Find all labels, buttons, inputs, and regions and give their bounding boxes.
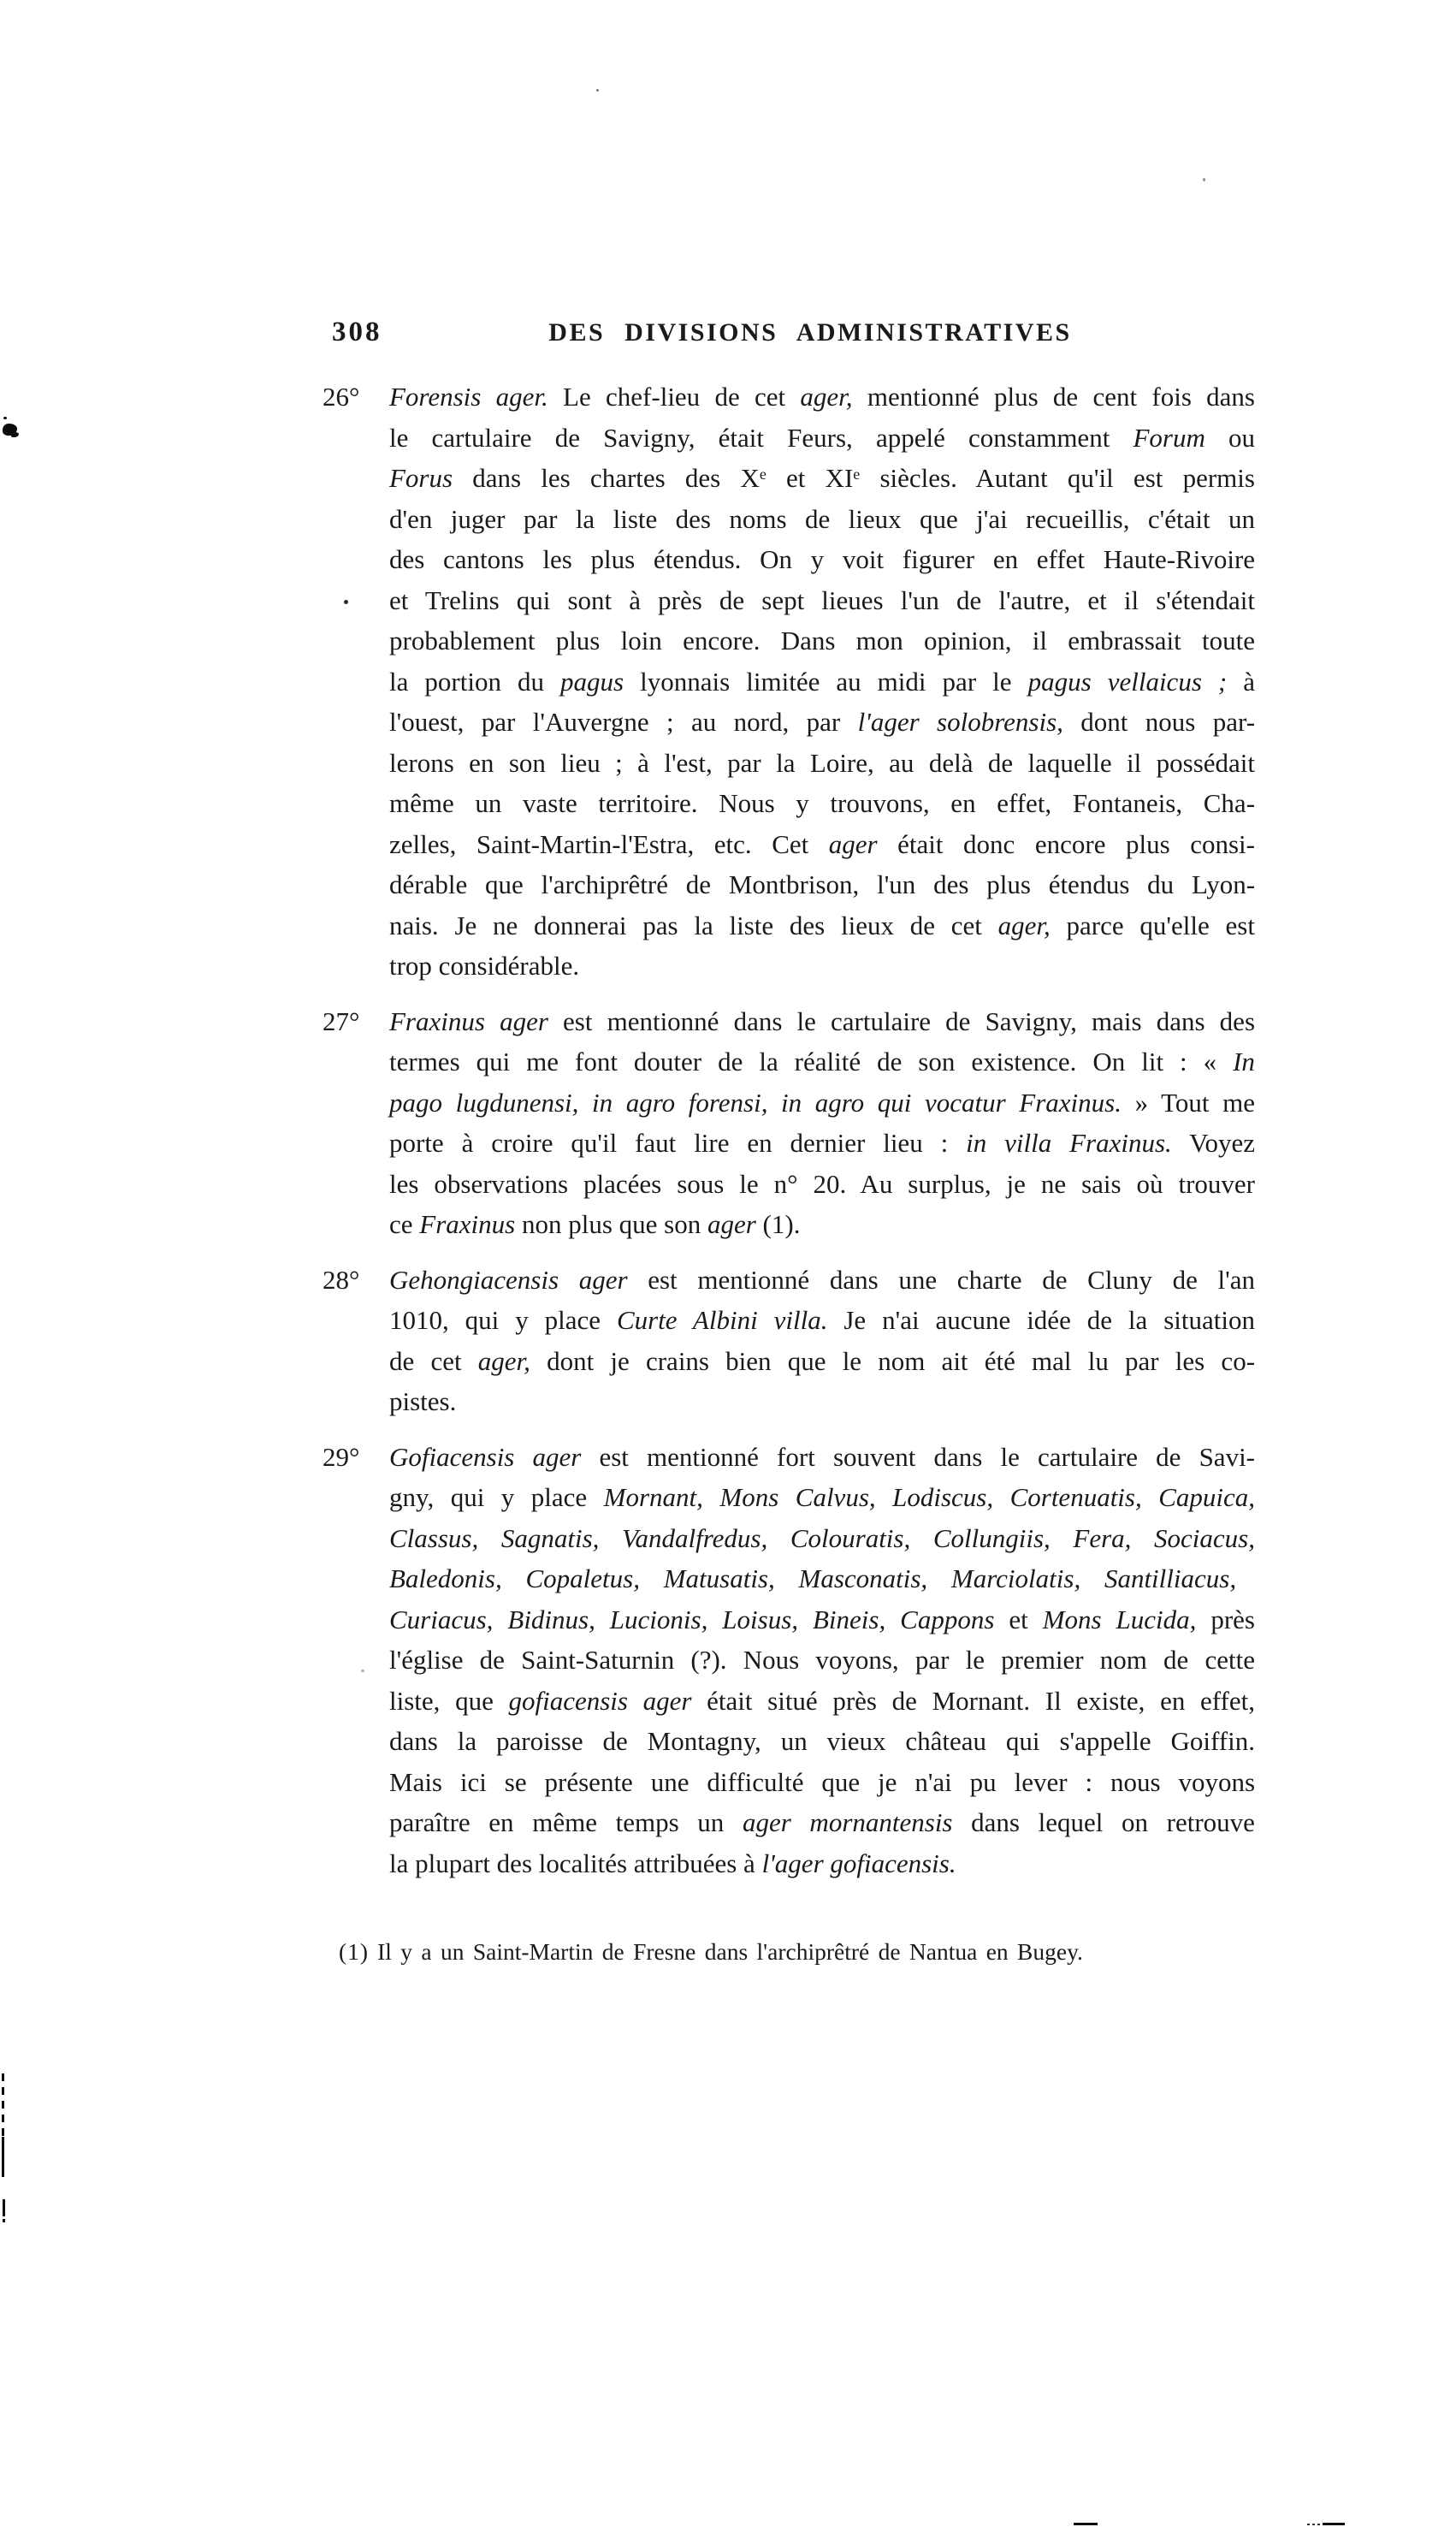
left-margin-short-dash-artifact bbox=[3, 2199, 5, 2216]
text-line-content: des cantons les plus étendus. On y voit … bbox=[389, 544, 1255, 574]
text-line: Fraxinus ager est mentionné dans le cart… bbox=[389, 1001, 1255, 1042]
text-line: Gehongiacensis ager est mentionné dans u… bbox=[389, 1260, 1255, 1301]
book-page: 308 DES DIVISIONS ADMINISTRATIVES 26°For… bbox=[0, 0, 1456, 2527]
italic-segment: Forensis ager. bbox=[389, 382, 548, 412]
text-line-content: Gehongiacensis ager est mentionné dans u… bbox=[389, 1265, 1255, 1295]
text-segment: des cantons les plus étendus. On y voit … bbox=[389, 544, 1255, 574]
paragraph: 29°Gofiacensis ager est mentionné fort s… bbox=[389, 1437, 1255, 1884]
text-segment: l'église de Saint-Saturnin (?). Nous voy… bbox=[389, 1645, 1255, 1675]
paragraph-number: 29° bbox=[323, 1437, 384, 1478]
italic-segment: Mons Lucida, bbox=[1043, 1605, 1197, 1634]
text-segment: ce bbox=[389, 1209, 419, 1239]
text-segment: porte à croire qu'il faut lire en dernie… bbox=[389, 1128, 966, 1158]
text-line-content: porte à croire qu'il faut lire en dernie… bbox=[389, 1128, 1255, 1158]
text-line: Mais ici se présente une difficulté que … bbox=[389, 1762, 1255, 1803]
text-line-content: paraître en même temps un ager mornanten… bbox=[389, 1807, 1255, 1837]
text-segment: dérable que l'archiprêtré de Montbrison,… bbox=[389, 869, 1255, 899]
left-margin-solid-line-artifact bbox=[2, 2137, 4, 2177]
text-line-content: pistes. bbox=[389, 1386, 456, 1416]
text-segment: de cet bbox=[389, 1346, 478, 1376]
paragraph-number: 26° bbox=[323, 377, 384, 418]
text-line-content: les observations placées sous le n° 20. … bbox=[389, 1169, 1255, 1199]
italic-segment: Fraxinus bbox=[419, 1209, 515, 1239]
text-line-content: dans la paroisse de Montagny, un vieux c… bbox=[389, 1726, 1255, 1756]
text-segment: était situé près de Mornant. Il existe, … bbox=[691, 1686, 1254, 1716]
text-segment: à bbox=[1227, 667, 1255, 697]
footnote: (1)Il y a un Saint-Martin de Fresne dans… bbox=[339, 1937, 1280, 1966]
text-segment: nais. Je ne donnerai pas la liste des li… bbox=[389, 911, 998, 940]
text-line-content: liste, que gofiacensis ager était situé … bbox=[389, 1686, 1255, 1716]
italic-segment: in villa Fraxinus. bbox=[966, 1128, 1172, 1158]
text-segment: (1). bbox=[756, 1209, 801, 1239]
text-segment: est mentionné dans une charte de Cluny d… bbox=[628, 1265, 1255, 1295]
text-segment: près bbox=[1196, 1605, 1255, 1634]
text-segment: dans la paroisse de Montagny, un vieux c… bbox=[389, 1726, 1255, 1756]
text-line: termes qui me font douter de la réalité … bbox=[389, 1041, 1255, 1083]
bottom-dots-artifact bbox=[1307, 2524, 1321, 2525]
text-segment: gny, qui y place bbox=[389, 1482, 604, 1512]
italic-segment: Fraxinus ager bbox=[389, 1006, 548, 1036]
bottom-rule-artifact-left bbox=[1074, 2523, 1098, 2525]
text-segment: trop considérable. bbox=[389, 951, 579, 981]
text-line-content: Mais ici se présente une difficulté que … bbox=[389, 1767, 1255, 1797]
text-line: lerons en son lieu ; à l'est, par la Loi… bbox=[389, 743, 1255, 784]
text-segment: dans lequel on retrouve bbox=[953, 1807, 1255, 1837]
text-line: nais. Je ne donnerai pas la liste des li… bbox=[389, 905, 1255, 946]
text-line-content: Classus, Sagnatis, Vandalfredus, Coloura… bbox=[389, 1523, 1255, 1553]
text-line: Baledonis, Copaletus, Matusatis, Mascona… bbox=[389, 1558, 1255, 1599]
text-segment: 1010, qui y place bbox=[389, 1305, 617, 1335]
text-line: paraître en même temps un ager mornanten… bbox=[389, 1802, 1255, 1843]
text-line-content: gny, qui y place Mornant, Mons Calvus, L… bbox=[389, 1482, 1255, 1512]
italic-segment: Mornant, Mons Calvus, Lodiscus, Cortenua… bbox=[604, 1482, 1255, 1512]
text-line-content: zelles, Saint-Martin-l'Estra, etc. Cet a… bbox=[389, 829, 1255, 859]
text-line: 1010, qui y place Curte Albini villa. Je… bbox=[389, 1300, 1255, 1341]
text-line: Gofiacensis ager est mentionné fort souv… bbox=[389, 1437, 1255, 1478]
text-line: pistes. bbox=[389, 1381, 1255, 1422]
text-line: de cet ager, dont je crains bien que le … bbox=[389, 1341, 1255, 1382]
text-line: zelles, Saint-Martin-l'Estra, etc. Cet a… bbox=[389, 824, 1255, 865]
text-line: les observations placées sous le n° 20. … bbox=[389, 1164, 1255, 1205]
paragraph: 26°Forensis ager. Le chef-lieu de cet ag… bbox=[389, 377, 1255, 987]
paragraph: 27°Fraxinus ager est mentionné dans le c… bbox=[389, 1001, 1255, 1245]
text-line: dérable que l'archiprêtré de Montbrison,… bbox=[389, 864, 1255, 905]
text-line: liste, que gofiacensis ager était situé … bbox=[389, 1681, 1255, 1722]
text-line-content: Fraxinus ager est mentionné dans le cart… bbox=[389, 1006, 1255, 1036]
text-line: et Trelins qui sont à près de sept lieue… bbox=[389, 580, 1255, 621]
italic-segment: ager, bbox=[800, 382, 852, 412]
text-segment: parce qu'elle est bbox=[1051, 911, 1255, 940]
text-segment: les observations placées sous le n° 20. … bbox=[389, 1169, 1255, 1199]
text-line-content: la plupart des localités attribuées à l'… bbox=[389, 1848, 956, 1878]
scan-speck bbox=[596, 89, 599, 92]
text-line-content: probablement plus loin encore. Dans mon … bbox=[389, 626, 1255, 655]
text-line-content: nais. Je ne donnerai pas la liste des li… bbox=[389, 911, 1255, 940]
italic-segment: pago lugdunensi, in agro forensi, in agr… bbox=[389, 1088, 1122, 1118]
text-line-content: de cet ager, dont je crains bien que le … bbox=[389, 1346, 1255, 1376]
italic-segment: ager bbox=[707, 1209, 756, 1239]
italic-segment: Gofiacensis ager bbox=[389, 1442, 581, 1472]
page-header: 308 DES DIVISIONS ADMINISTRATIVES bbox=[0, 315, 1456, 353]
text-segment: la portion du bbox=[389, 667, 560, 697]
paragraph-number: 27° bbox=[323, 1001, 384, 1042]
italic-segment: Baledonis, Copaletus, Matusatis, Mascona… bbox=[389, 1563, 1236, 1593]
text-segment: Le chef-lieu de cet bbox=[548, 382, 801, 412]
text-line-content: Forus dans les chartes des Xe et XIe siè… bbox=[389, 463, 1255, 493]
text-line: Curiacus, Bidinus, Lucionis, Loisus, Bin… bbox=[389, 1599, 1255, 1640]
italic-segment: Forus bbox=[389, 463, 453, 493]
italic-segment: ager mornantensis bbox=[743, 1807, 953, 1837]
text-segment: ou bbox=[1205, 423, 1255, 453]
text-segment: liste, que bbox=[389, 1686, 509, 1716]
page-number: 308 bbox=[332, 317, 382, 348]
paragraph-number: 28° bbox=[323, 1260, 384, 1301]
text-line: la plupart des localités attribuées à l'… bbox=[389, 1843, 1255, 1884]
text-line-content: la portion du pagus lyonnais limitée au … bbox=[389, 667, 1255, 697]
text-segment: siècles. Autant qu'il est permis bbox=[860, 463, 1255, 493]
running-title: DES DIVISIONS ADMINISTRATIVES bbox=[548, 318, 1071, 347]
bottom-rule-artifact-right bbox=[1323, 2523, 1345, 2525]
text-segment: est mentionné dans le cartulaire de Savi… bbox=[548, 1006, 1255, 1036]
italic-segment: pagus vellaicus ; bbox=[1028, 667, 1228, 697]
text-block: 26°Forensis ager. Le chef-lieu de cet ag… bbox=[389, 377, 1255, 1883]
text-line: ce Fraxinus non plus que son ager (1). bbox=[389, 1204, 1255, 1245]
text-segment: dans les chartes des X bbox=[453, 463, 760, 493]
text-line-content: trop considérable. bbox=[389, 951, 579, 981]
text-line: la portion du pagus lyonnais limitée au … bbox=[389, 661, 1255, 703]
text-line: l'église de Saint-Saturnin (?). Nous voy… bbox=[389, 1640, 1255, 1681]
italic-segment: pagus bbox=[560, 667, 624, 697]
text-segment: paraître en même temps un bbox=[389, 1807, 743, 1837]
italic-segment: In bbox=[1233, 1047, 1255, 1077]
text-line: Classus, Sagnatis, Vandalfredus, Coloura… bbox=[389, 1518, 1255, 1559]
footnote-marker: (1) bbox=[339, 1938, 369, 1965]
text-line-content: l'ouest, par l'Auvergne ; au nord, par l… bbox=[389, 707, 1255, 737]
scan-speck bbox=[1203, 178, 1205, 181]
ink-blot-artifact bbox=[3, 424, 17, 436]
italic-segment: Gehongiacensis ager bbox=[389, 1265, 628, 1295]
text-segment: est mentionné fort souvent dans le cartu… bbox=[581, 1442, 1255, 1472]
text-segment: mentionné plus de cent fois dans bbox=[853, 382, 1255, 412]
text-line-content: et Trelins qui sont à près de sept lieue… bbox=[389, 585, 1255, 615]
text-line-content: 1010, qui y place Curte Albini villa. Je… bbox=[389, 1305, 1255, 1335]
italic-segment: gofiacensis ager bbox=[509, 1686, 692, 1716]
ink-dot-artifact bbox=[3, 417, 7, 419]
text-segment: Mais ici se présente une difficulté que … bbox=[389, 1767, 1255, 1797]
text-line: pago lugdunensi, in agro forensi, in agr… bbox=[389, 1083, 1255, 1124]
text-segment: dont je crains bien que le nom ait été m… bbox=[530, 1346, 1255, 1376]
text-line-content: ce Fraxinus non plus que son ager (1). bbox=[389, 1209, 800, 1239]
italic-segment: Classus, Sagnatis, Vandalfredus, Coloura… bbox=[389, 1523, 1255, 1553]
italic-segment: ager, bbox=[478, 1346, 530, 1376]
text-line: Forus dans les chartes des Xe et XIe siè… bbox=[389, 458, 1255, 499]
text-segment: termes qui me font douter de la réalité … bbox=[389, 1047, 1233, 1077]
text-line: porte à croire qu'il faut lire en dernie… bbox=[389, 1123, 1255, 1164]
text-segment: et XI bbox=[766, 463, 853, 493]
paragraph: 28°Gehongiacensis ager est mentionné dan… bbox=[389, 1260, 1255, 1422]
text-line-content: pago lugdunensi, in agro forensi, in agr… bbox=[389, 1088, 1255, 1118]
text-segment: et Trelins qui sont à près de sept lieue… bbox=[389, 585, 1255, 615]
text-segment: l'ouest, par l'Auvergne ; au nord, par bbox=[389, 707, 858, 737]
text-line-content: Baledonis, Copaletus, Matusatis, Mascona… bbox=[389, 1563, 1236, 1593]
text-segment: » Tout me bbox=[1122, 1088, 1255, 1118]
scan-speck bbox=[344, 600, 348, 604]
text-segment: était donc encore plus consi- bbox=[878, 829, 1255, 859]
text-segment: Voyez bbox=[1172, 1128, 1255, 1158]
left-margin-dashed-line-artifact bbox=[2, 2073, 4, 2138]
text-segment: lerons en son lieu ; à l'est, par la Loi… bbox=[389, 748, 1255, 778]
italic-segment: ager, bbox=[998, 911, 1051, 940]
text-segment: probablement plus loin encore. Dans mon … bbox=[389, 626, 1255, 655]
footnote-text: Il y a un Saint-Martin de Fresne dans l'… bbox=[377, 1938, 1083, 1965]
italic-segment: l'ager gofiacensis. bbox=[762, 1848, 956, 1878]
text-segment: même un vaste territoire. Nous y trouvon… bbox=[389, 788, 1255, 818]
text-segment: dont nous par- bbox=[1063, 707, 1255, 737]
superscript-segment: e bbox=[760, 466, 766, 483]
text-line-content: d'en juger par la liste des noms de lieu… bbox=[389, 504, 1255, 534]
text-line: gny, qui y place Mornant, Mons Calvus, L… bbox=[389, 1477, 1255, 1518]
text-line: Forensis ager. Le chef-lieu de cet ager,… bbox=[389, 377, 1255, 418]
text-line-content: même un vaste territoire. Nous y trouvon… bbox=[389, 788, 1255, 818]
text-line-content: Gofiacensis ager est mentionné fort souv… bbox=[389, 1442, 1255, 1472]
scan-speck bbox=[361, 1670, 364, 1672]
text-line: le cartulaire de Savigny, était Feurs, a… bbox=[389, 418, 1255, 459]
text-line-content: lerons en son lieu ; à l'est, par la Loi… bbox=[389, 748, 1255, 778]
text-line: même un vaste territoire. Nous y trouvon… bbox=[389, 783, 1255, 824]
text-segment: zelles, Saint-Martin-l'Estra, etc. Cet bbox=[389, 829, 829, 859]
text-segment: non plus que son bbox=[515, 1209, 707, 1239]
text-segment: lyonnais limitée au midi par le bbox=[624, 667, 1027, 697]
text-line-content: Forensis ager. Le chef-lieu de cet ager,… bbox=[389, 382, 1255, 412]
text-segment: la plupart des localités attribuées à bbox=[389, 1848, 762, 1878]
text-line-content: Curiacus, Bidinus, Lucionis, Loisus, Bin… bbox=[389, 1605, 1255, 1634]
text-line: probablement plus loin encore. Dans mon … bbox=[389, 620, 1255, 661]
italic-segment: Curiacus, Bidinus, Lucionis, Loisus, Bin… bbox=[389, 1605, 994, 1634]
text-line-content: l'église de Saint-Saturnin (?). Nous voy… bbox=[389, 1645, 1255, 1675]
text-line-content: termes qui me font douter de la réalité … bbox=[389, 1047, 1255, 1077]
text-segment: d'en juger par la liste des noms de lieu… bbox=[389, 504, 1255, 534]
left-margin-dot-artifact bbox=[3, 2219, 5, 2222]
text-segment: Je n'ai aucune idée de la situation bbox=[827, 1305, 1255, 1335]
text-line: l'ouest, par l'Auvergne ; au nord, par l… bbox=[389, 702, 1255, 743]
text-segment: et bbox=[994, 1605, 1042, 1634]
text-segment: pistes. bbox=[389, 1386, 456, 1416]
text-segment: le cartulaire de Savigny, était Feurs, a… bbox=[389, 423, 1133, 453]
text-line: dans la paroisse de Montagny, un vieux c… bbox=[389, 1721, 1255, 1762]
text-line: trop considérable. bbox=[389, 946, 1255, 987]
text-line-content: le cartulaire de Savigny, était Feurs, a… bbox=[389, 423, 1255, 453]
text-line: des cantons les plus étendus. On y voit … bbox=[389, 539, 1255, 580]
italic-segment: Forum bbox=[1133, 423, 1204, 453]
italic-segment: ager bbox=[829, 829, 878, 859]
text-line-content: dérable que l'archiprêtré de Montbrison,… bbox=[389, 869, 1255, 899]
italic-segment: l'ager solobrensis, bbox=[858, 707, 1063, 737]
text-line: d'en juger par la liste des noms de lieu… bbox=[389, 499, 1255, 540]
italic-segment: Curte Albini villa. bbox=[617, 1305, 828, 1335]
